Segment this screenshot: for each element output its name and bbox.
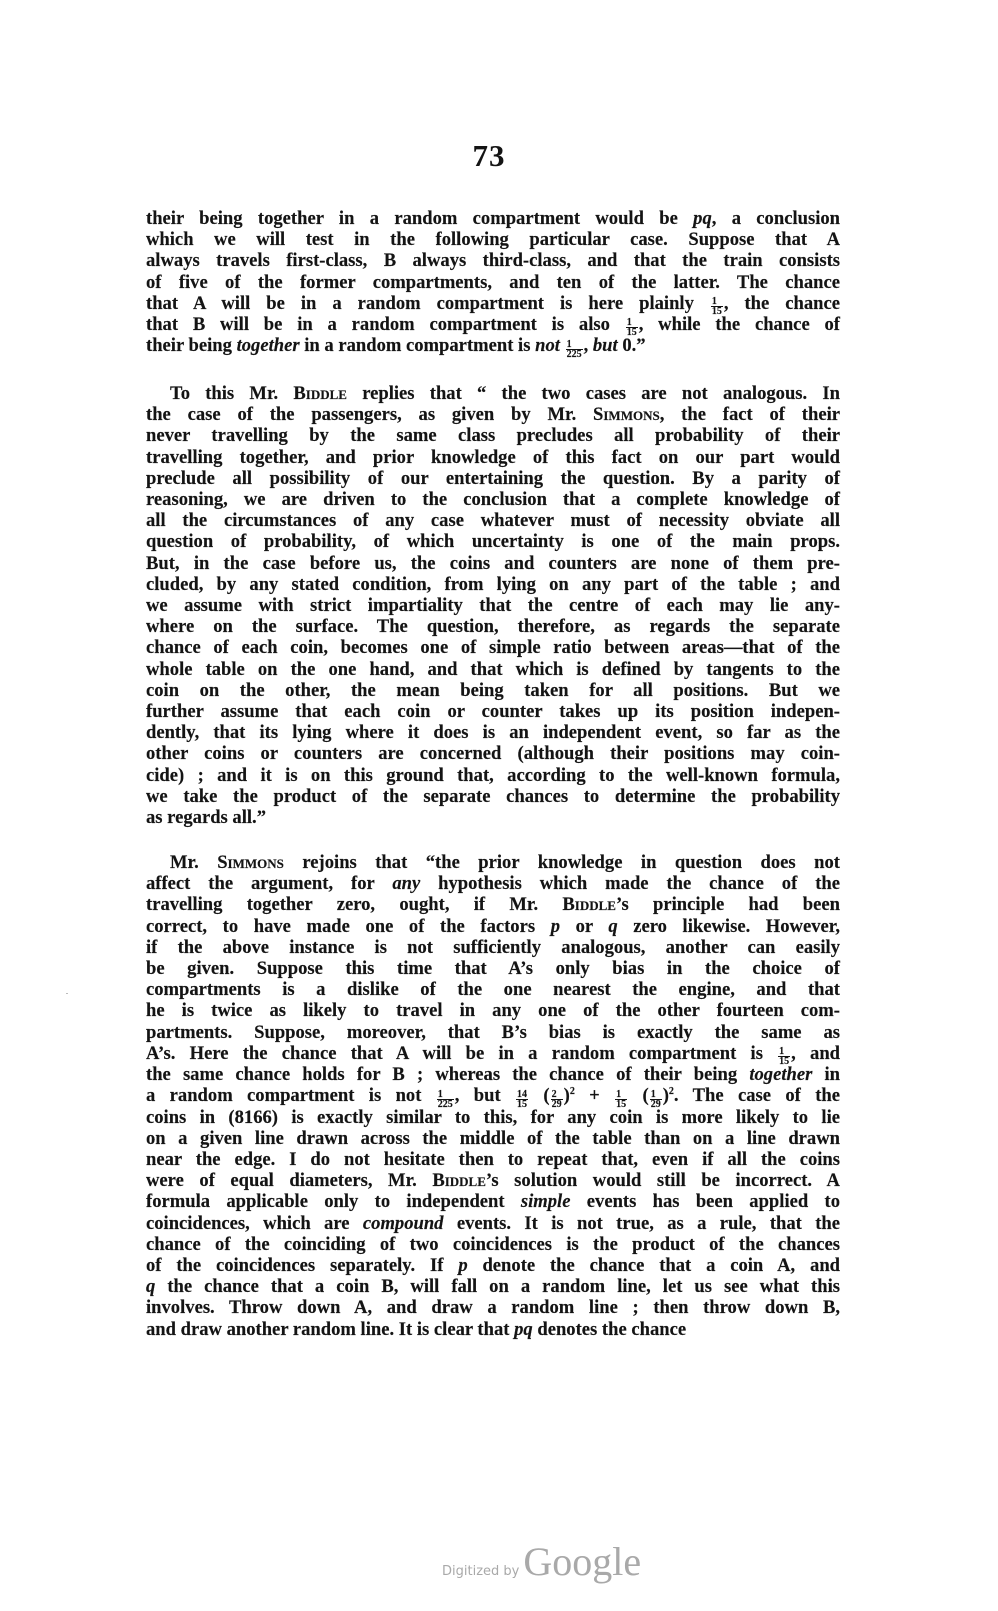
text-line: if the above instance is not sufficientl… <box>146 937 840 958</box>
text-line: were of equal diameters, Mr. Biddle’s so… <box>146 1170 840 1191</box>
fraction: 1225 <box>566 340 583 359</box>
text-line: question of probability, of which uncert… <box>146 531 840 552</box>
text-line: But, in the case before us, the coins an… <box>146 553 840 574</box>
text-line: compartments is a dislike of the one nea… <box>146 979 840 1000</box>
italic-text: but <box>593 335 618 356</box>
small-caps-name: Simmons <box>593 404 660 425</box>
text-line: further assume that each coin or counter… <box>146 701 840 722</box>
page-number: 73 <box>0 138 978 174</box>
paragraph-2: To this Mr. Biddle replies that “ the tw… <box>146 383 840 828</box>
text-line: cide) ; and it is on this ground that, a… <box>146 765 840 786</box>
text-line: correct, to have made one of the factors… <box>146 916 840 937</box>
fraction: 115 <box>711 297 723 316</box>
digitized-by-google-watermark: Digitized by Google <box>442 1538 641 1585</box>
text-line: involves. Throw down A, and draw a rando… <box>146 1297 840 1318</box>
text-line: other coins or counters are concerned (a… <box>146 743 840 764</box>
text-line: he is twice as likely to travel in any o… <box>146 1000 840 1021</box>
text-line: the case of the passengers, as given by … <box>146 404 840 425</box>
text-line: be given. Suppose this time that A’s onl… <box>146 958 840 979</box>
text-line: near the edge. I do not hesitate then to… <box>146 1149 840 1170</box>
text-line: never travelling by the same class precl… <box>146 425 840 446</box>
italic-text: compound <box>363 1213 444 1234</box>
text-line: coins in (8166) is exactly similar to th… <box>146 1107 840 1128</box>
text-line: q the chance that a coin B, will fall on… <box>146 1276 840 1297</box>
text-line: travelling together, and prior knowledge… <box>146 447 840 468</box>
small-caps-name: Biddle <box>562 894 616 915</box>
paragraph-3: Mr. Simmons rejoins that “the prior know… <box>146 852 840 1340</box>
text-line: of the coincidences separately. If p den… <box>146 1255 840 1276</box>
text-line: dently, that its lying where it does is … <box>146 722 840 743</box>
scan-speck <box>66 993 68 994</box>
text-line: that B will be in a random compartment i… <box>146 314 840 335</box>
text-line: formula applicable only to independent s… <box>146 1191 840 1212</box>
text-line: which we will test in the following part… <box>146 229 840 250</box>
text-line: their being together in a random compart… <box>146 208 840 229</box>
superscript: 2 <box>570 1086 575 1097</box>
text-line: chance of each coin, becomes one of simp… <box>146 637 840 658</box>
text-line: cluded, by any stated condition, from ly… <box>146 574 840 595</box>
italic-text: any <box>392 873 420 894</box>
watermark-prefix: Digitized by <box>442 1564 519 1579</box>
fraction: 129 <box>650 1090 662 1109</box>
text-line: a random compartment is not 1225, but 14… <box>146 1085 840 1106</box>
text-line: always travels first-class, B always thi… <box>146 250 840 271</box>
superscript: 2 <box>669 1086 674 1097</box>
text-line: we take the product of the separate chan… <box>146 786 840 807</box>
text-line: affect the argument, for any hypothesis … <box>146 873 840 894</box>
italic-text: pq <box>693 208 712 229</box>
italic-text: together <box>237 335 300 356</box>
italic-text: q <box>608 916 617 937</box>
text-line: reasoning, we are driven to the conclusi… <box>146 489 840 510</box>
text-line: where on the surface. The question, ther… <box>146 616 840 637</box>
italic-text: pq <box>514 1319 533 1340</box>
text-line: coincidences, which are compound events.… <box>146 1213 840 1234</box>
italic-text: p <box>458 1255 467 1276</box>
fraction: 229 <box>551 1090 563 1109</box>
italic-text: together <box>749 1064 812 1085</box>
fraction: 1415 <box>516 1090 528 1109</box>
small-caps-name: Simmons <box>217 852 284 873</box>
fraction: 1225 <box>437 1090 454 1109</box>
italic-text: q <box>146 1276 155 1297</box>
text-line: all the circumstances of any case whatev… <box>146 510 840 531</box>
italic-text: not <box>535 335 560 356</box>
small-caps-name: Biddle <box>432 1170 486 1191</box>
text-line: Mr. Simmons rejoins that “the prior know… <box>146 852 840 873</box>
text-line: To this Mr. Biddle replies that “ the tw… <box>146 383 840 404</box>
fraction: 115 <box>626 318 638 337</box>
text-line: preclude all possibility of our entertai… <box>146 468 840 489</box>
italic-text: simple <box>521 1191 571 1212</box>
text-line: travelling together zero, ought, if Mr. … <box>146 894 840 915</box>
text-line: on a given line drawn across the middle … <box>146 1128 840 1149</box>
text-line: of five of the former compartments, and … <box>146 272 840 293</box>
text-line: partments. Suppose, moreover, that B’s b… <box>146 1022 840 1043</box>
italic-text: p <box>551 916 560 937</box>
paragraph-1: their being together in a random compart… <box>146 208 840 357</box>
text-line: A’s. Here the chance that A will be in a… <box>146 1043 840 1064</box>
text-line: the same chance holds for B ; whereas th… <box>146 1064 840 1085</box>
text-line: as regards all.” <box>146 807 840 828</box>
text-line: and draw another random line. It is clea… <box>146 1319 840 1340</box>
text-line: chance of the coinciding of two coincide… <box>146 1234 840 1255</box>
small-caps-name: Biddle <box>293 383 347 404</box>
text-line: coin on the other, the mean being taken … <box>146 680 840 701</box>
fraction: 115 <box>615 1090 627 1109</box>
text-line: their being together in a random compart… <box>146 335 840 356</box>
text-line: whole table on the one hand, and that wh… <box>146 659 840 680</box>
text-line: that A will be in a random compartment i… <box>146 293 840 314</box>
fraction: 115 <box>778 1047 790 1066</box>
google-logo: Google <box>523 1538 641 1585</box>
text-line: we assume with strict impartiality that … <box>146 595 840 616</box>
